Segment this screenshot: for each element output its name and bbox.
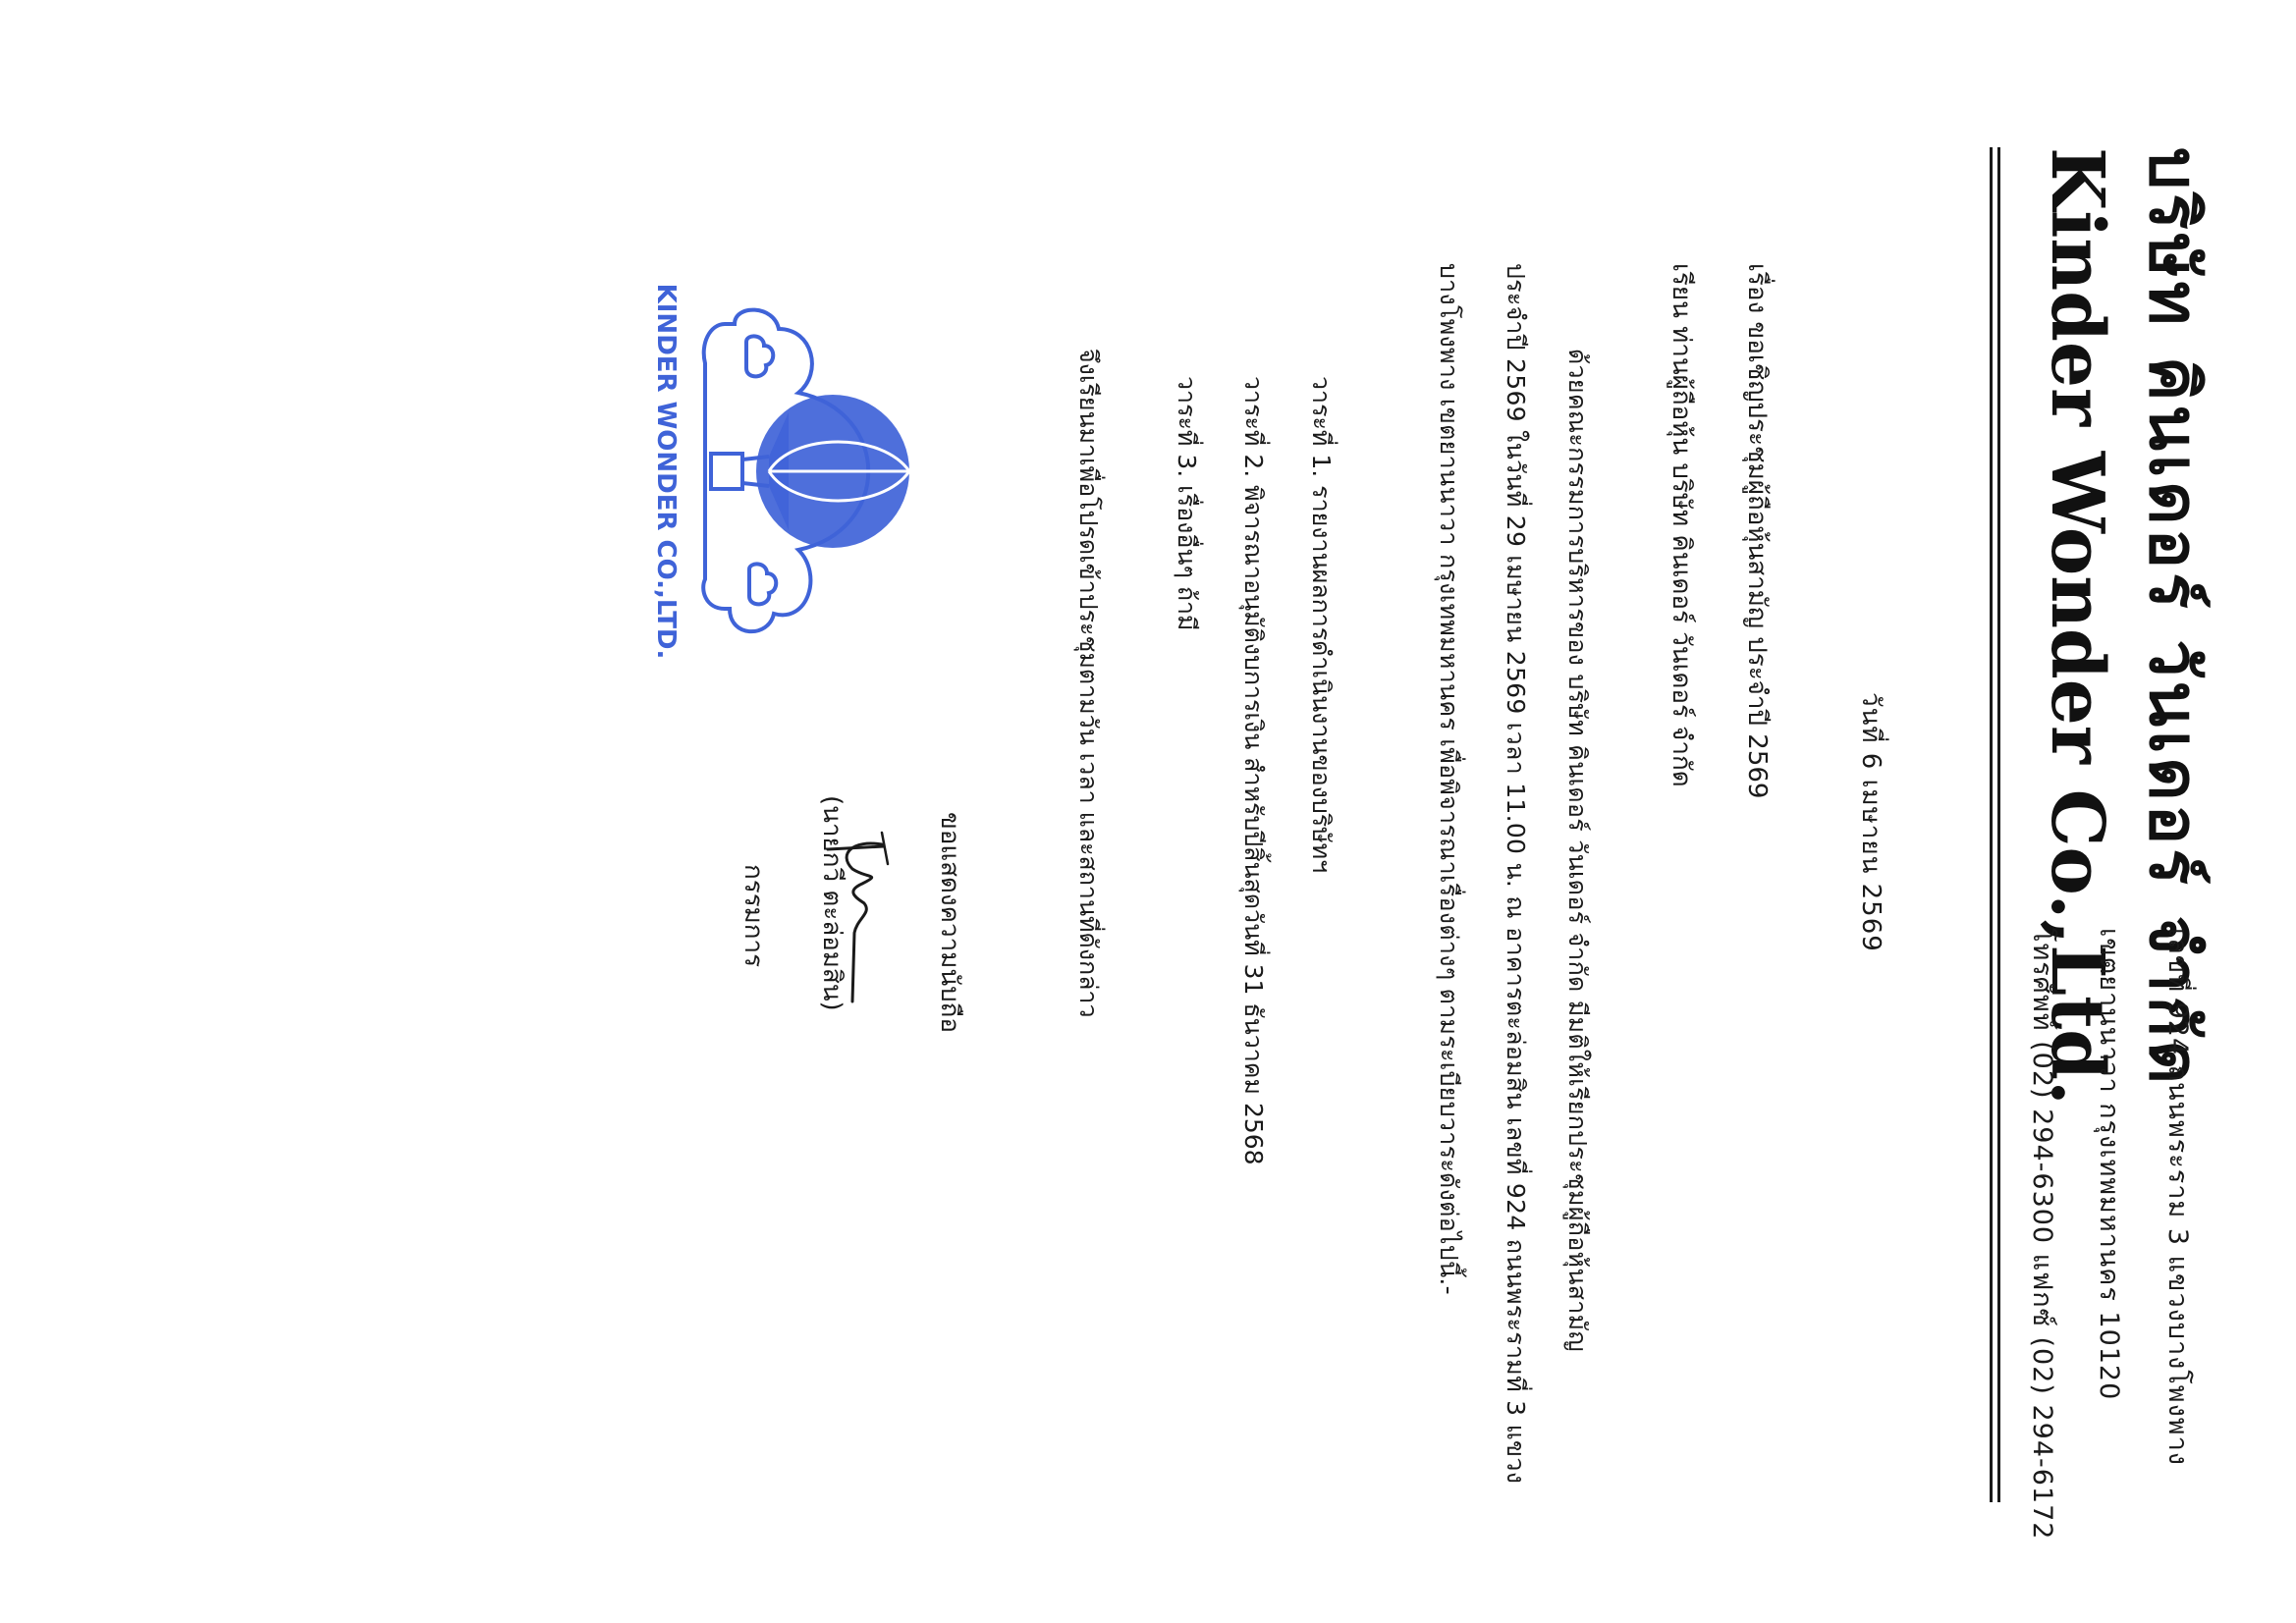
letterhead-divider-top (1997, 147, 2000, 1502)
regards-text: ขอแสดงความนับถือ (930, 812, 970, 1033)
letter-date: วันที่ 6 เมษายน 2569 (1851, 692, 1891, 952)
signer-name: (นายกวี ตะล่อมสิน) (812, 795, 852, 1011)
signer-position: กรรมการ (734, 864, 774, 967)
letterhead-divider-bottom (1990, 147, 1993, 1502)
scanned-document-canvas: บริษัท คินเดอร์ วันเดอร์ จำกัด Kinder Wo… (0, 0, 2296, 1623)
body-paragraph-line: ประจำปี 2569 ในวันที่ 29 เมษายน 2569 เวล… (1496, 263, 1535, 1484)
letter-recipient: เรียน ท่านผู้ถือหุ้น บริษัท คินเดอร์ วัน… (1662, 263, 1702, 787)
agenda-item-1: วาระที่ 1. รายงานผลการดำเนินงานของบริษัท… (1301, 376, 1340, 873)
contact-phone-fax: โทรศัพท์ (02) 294-6300 แฟกซ์ (02) 294-61… (2022, 928, 2064, 1540)
address-line-1: เลขที่ 924 ถนนพระราม 3 แขวงบางโพงพาง (2158, 928, 2200, 1466)
closing-sentence: จึงเรียนมาเพื่อโปรดเข้าประชุมตามวัน เวลา… (1068, 349, 1108, 1017)
agenda-item-3: วาระที่ 3. เรื่องอื่นๆ ถ้ามี (1167, 376, 1206, 631)
address-line-2: เขตยานนาวา กรุงเทพมหานคร 10120 (2089, 928, 2131, 1400)
letter-subject: เรื่อง ขอเชิญประชุมผู้ถือหุ้นสามัญ ประจำ… (1737, 263, 1777, 798)
body-paragraph-line: ด้วยคณะกรรมการบริหารของ บริษัท คินเดอร์ … (1558, 349, 1597, 1352)
agenda-item-2: วาระที่ 2. พิจารณาอนุมัติงบการเงิน สำหรั… (1233, 376, 1273, 1165)
company-stamp-balloon-icon: KINDER WONDER CO.,LTD. (646, 285, 970, 658)
stamp-text: KINDER WONDER CO.,LTD. (651, 285, 681, 658)
letter-page: บริษัท คินเดอร์ วันเดอร์ จำกัด Kinder Wo… (0, 0, 2296, 1623)
body-paragraph-line: บางโพงพาง เขตยานนาวา กรุงเทพมหานคร เพื่อ… (1429, 263, 1468, 1295)
